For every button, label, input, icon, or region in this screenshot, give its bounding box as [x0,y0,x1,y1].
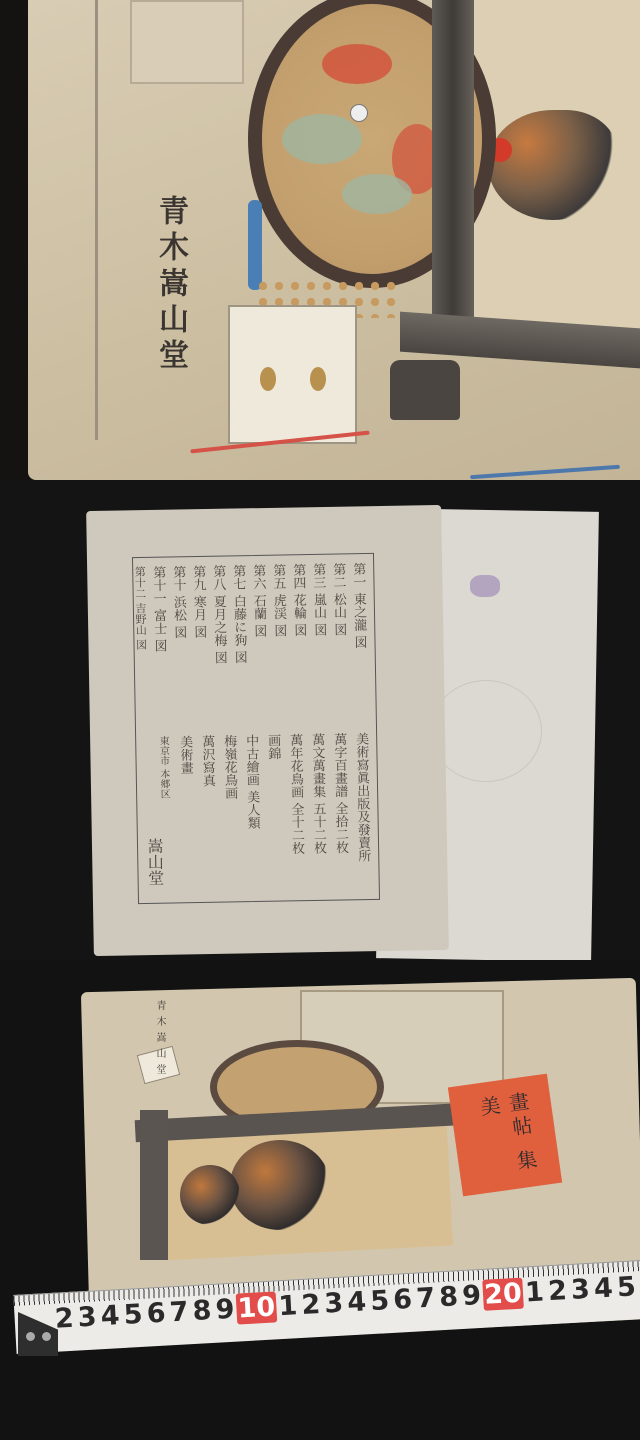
ink-stain [470,575,500,597]
incense-box [228,305,357,444]
rooster-illustration [230,1140,330,1230]
advert-col: 東京市 本郷区 [152,735,174,835]
colophon-col: 第十 浜松 図 [167,565,190,725]
tape-number: 3 [321,1288,346,1320]
small-framed-picture [130,0,244,84]
colophon-col: 第十二 吉野山 図 [129,566,152,726]
tape-number: 6 [390,1284,415,1316]
tape-number: 5 [367,1285,392,1317]
title-label: 畫帖 集美 [448,1074,562,1197]
advert-col: 萬文萬畫集 五十二枚 [306,733,329,893]
advert-col: 梅嶺花鳥画 [218,734,241,894]
colophon-col: 第八 夏月之梅 図 [207,564,230,724]
advert-col: 萬年花鳥画 全十二枚 [284,733,307,893]
publisher-inscription: 青木嵩山堂 [152,1000,167,1080]
tape-number: 8 [190,1295,215,1327]
tape-number: 4 [591,1272,616,1304]
tape-number: 3 [75,1301,100,1333]
advert-col: 美術畫 [174,735,197,895]
tape-number: 2 [299,1289,324,1321]
blue-tassel [248,200,262,290]
tape-number-20: 20 [482,1278,524,1311]
tape-number: 9 [459,1280,484,1312]
colophon-col: 第四 花輪 図 [287,563,310,723]
advert-col: 美術寫眞出版及發賣所 [350,732,373,892]
tape-number: 4 [344,1286,369,1318]
publisher-name: 嵩山堂 [144,838,165,898]
tape-number: 7 [413,1282,438,1314]
tape-number: 9 [213,1294,238,1326]
photo-colophon: 第一 東之瀧 図 第二 松山 図 第三 嵐山 図 第四 花輪 図 第五 虎渓 図… [0,480,640,960]
photo-full-cover: 畫帖 集美 青木嵩山堂 2 3 4 5 6 7 8 9 10 1 2 3 4 5… [0,960,640,1440]
tape-number: 6 [144,1297,169,1329]
tape-number: 7 [167,1296,192,1328]
screen-foot [390,360,460,420]
rooster-illustration [488,110,618,220]
colophon-col: 第二 松山 図 [327,562,350,722]
colophon-col: 第一 東之瀧 図 [347,562,370,722]
hen-illustration [180,1165,240,1225]
tape-number: 1 [522,1276,547,1308]
colophon-col: 第七 白藤に狗 図 [227,564,250,724]
tape-number: 3 [568,1274,593,1306]
tape-number: 5 [121,1299,146,1331]
faint-stamp [430,680,542,782]
screen-post [140,1110,168,1260]
tape-number: 1 [276,1290,301,1322]
advert-col: 萬字百畫譜 全拾二枚 [328,732,351,892]
advert-col: 画錦 [262,734,285,894]
tape-number: 4 [98,1300,123,1332]
tape-number-10: 10 [236,1291,278,1324]
colophon-col: 第九 寒月 図 [187,565,210,725]
colophon-col: 第五 虎渓 図 [267,563,290,723]
screen-post [432,0,474,340]
publisher-inscription: 青木嵩山堂 [148,195,192,375]
book-title: 畫帖 集美 [474,1090,545,1193]
tape-number: 8 [436,1281,461,1313]
photo-cover-closeup: 青木嵩山堂 [0,0,640,480]
advert-col: 萬沢寫真 [196,735,219,895]
colophon-col: 第六 石蘭 図 [247,564,270,724]
tape-number: 2 [545,1275,570,1307]
colophon-frame: 第一 東之瀧 図 第二 松山 図 第三 嵐山 図 第四 花輪 図 第五 虎渓 図… [132,553,380,904]
colophon-col: 第三 嵐山 図 [307,563,330,723]
tape-number: 5 [614,1271,639,1303]
border-line [95,0,98,440]
advert-col: 中古繪画 美人類 [240,734,263,894]
